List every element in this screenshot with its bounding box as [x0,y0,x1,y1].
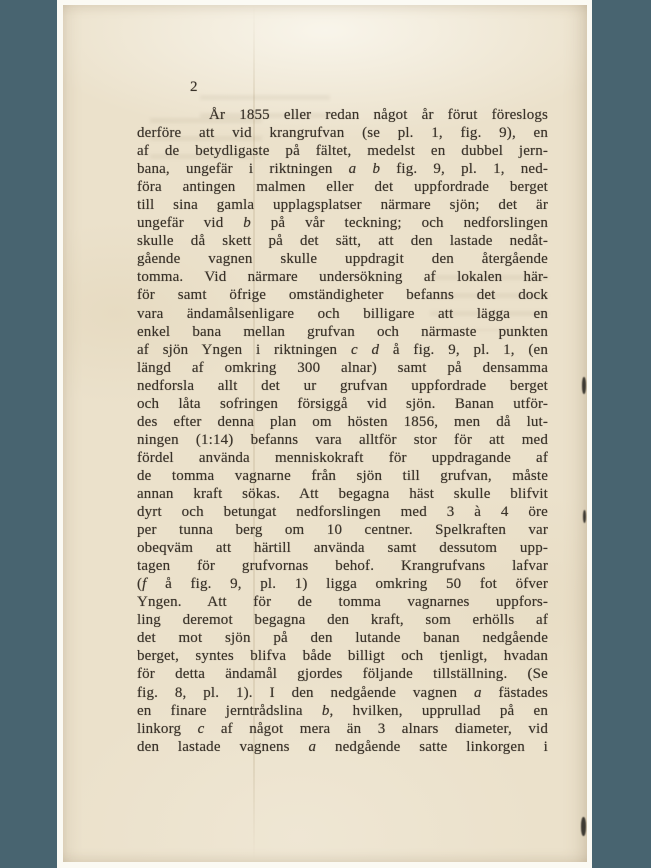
text-line: det mot sjön på den lutande banan nedgåe… [137,629,548,647]
text-line: gående vagnen skulle uppdragit den återg… [137,250,548,268]
text-line: (f å fig. 9, pl. 1) ligga omkring 50 fot… [137,575,548,593]
text-line: tagen för grufvornas behof. Krangrufvans… [137,557,548,575]
text-line: af de betydligaste på fältet, medelst en… [137,142,548,160]
scan-speck [581,817,586,836]
scan-speck [582,377,586,394]
text-line: nedforsla allt det ur grufvan uppfordrad… [137,377,548,395]
text-line: Yngen. Att för de tomma vagnarnes uppfor… [137,593,548,611]
text-line: enkel bana mellan grufvan och närmaste p… [137,323,548,341]
text-line: per tunna berg om 10 centner. Spelkrafte… [137,521,548,539]
text-line: längd af omkring 300 alnar) samt på dens… [137,359,548,377]
page-edge-white: 2 År 1855 eller redan något år förut för… [57,0,592,868]
text-line: des efter denna plan om hösten 1856, men… [137,413,548,431]
text-line: dyrt och betungat nedforslingen med 3 à … [137,503,548,521]
text-line: derföre att vid krangrufvan (se pl. 1, f… [137,124,548,142]
scanner-background: { "page": { "number": "2", "italic_marke… [0,0,651,868]
text-line: bana, ungefär i riktningen a b fig. 9, p… [137,160,548,178]
text-line: obeqväm att härtill använda samt dessuto… [137,539,548,557]
text-line: annan kraft sökas. Att begagna häst skul… [137,485,548,503]
text-line: och låta sofringen försiggå vid sjön. Ba… [137,395,548,413]
text-line: en finare jerntrådslina b, hvilken, uppr… [137,702,548,720]
text-line: föra antingen malmen eller det uppfordra… [137,178,548,196]
text-line: tomma. Vid närmare undersökning af lokal… [137,268,548,286]
text-line: de tomma vagnarne från sjön till grufvan… [137,467,548,485]
text-line: ling deremot begagna den kraft, som erhö… [137,611,548,629]
text-line: skulle då skett på det sätt, att den las… [137,232,548,250]
scan-speck [583,510,586,523]
body-text: År 1855 eller redan något år förut föres… [137,106,548,756]
text-line: af sjön Yngen i riktningen c d å fig. 9,… [137,341,548,359]
text-line: fördel använda menniskokraft för uppdrag… [137,449,548,467]
text-line: för samt öfrige omständigheter befanns d… [137,286,548,304]
text-line: den lastade vagnens a nedgående satte li… [137,738,548,756]
text-line: ningen (1:14) befanns vara alltför stor … [137,431,548,449]
page-number: 2 [190,79,198,96]
text-line: År 1855 eller redan något år förut föres… [137,106,548,124]
text-line: ungefär vid b på vår teckning; och nedfo… [137,214,548,232]
text-line: linkorg c af något mera än 3 alnars diam… [137,720,548,738]
text-line: berget, syntes blifva både billigt och t… [137,647,548,665]
text-line: vara ändamålsenligare och billigare att … [137,305,548,323]
text-line: till sina gamla upplagsplatser närmare s… [137,196,548,214]
book-page: 2 År 1855 eller redan något år förut för… [63,5,587,862]
text-line: för detta ändamål gjordes följande tills… [137,665,548,683]
text-line: fig. 8, pl. 1). I den nedgående vagnen a… [137,684,548,702]
